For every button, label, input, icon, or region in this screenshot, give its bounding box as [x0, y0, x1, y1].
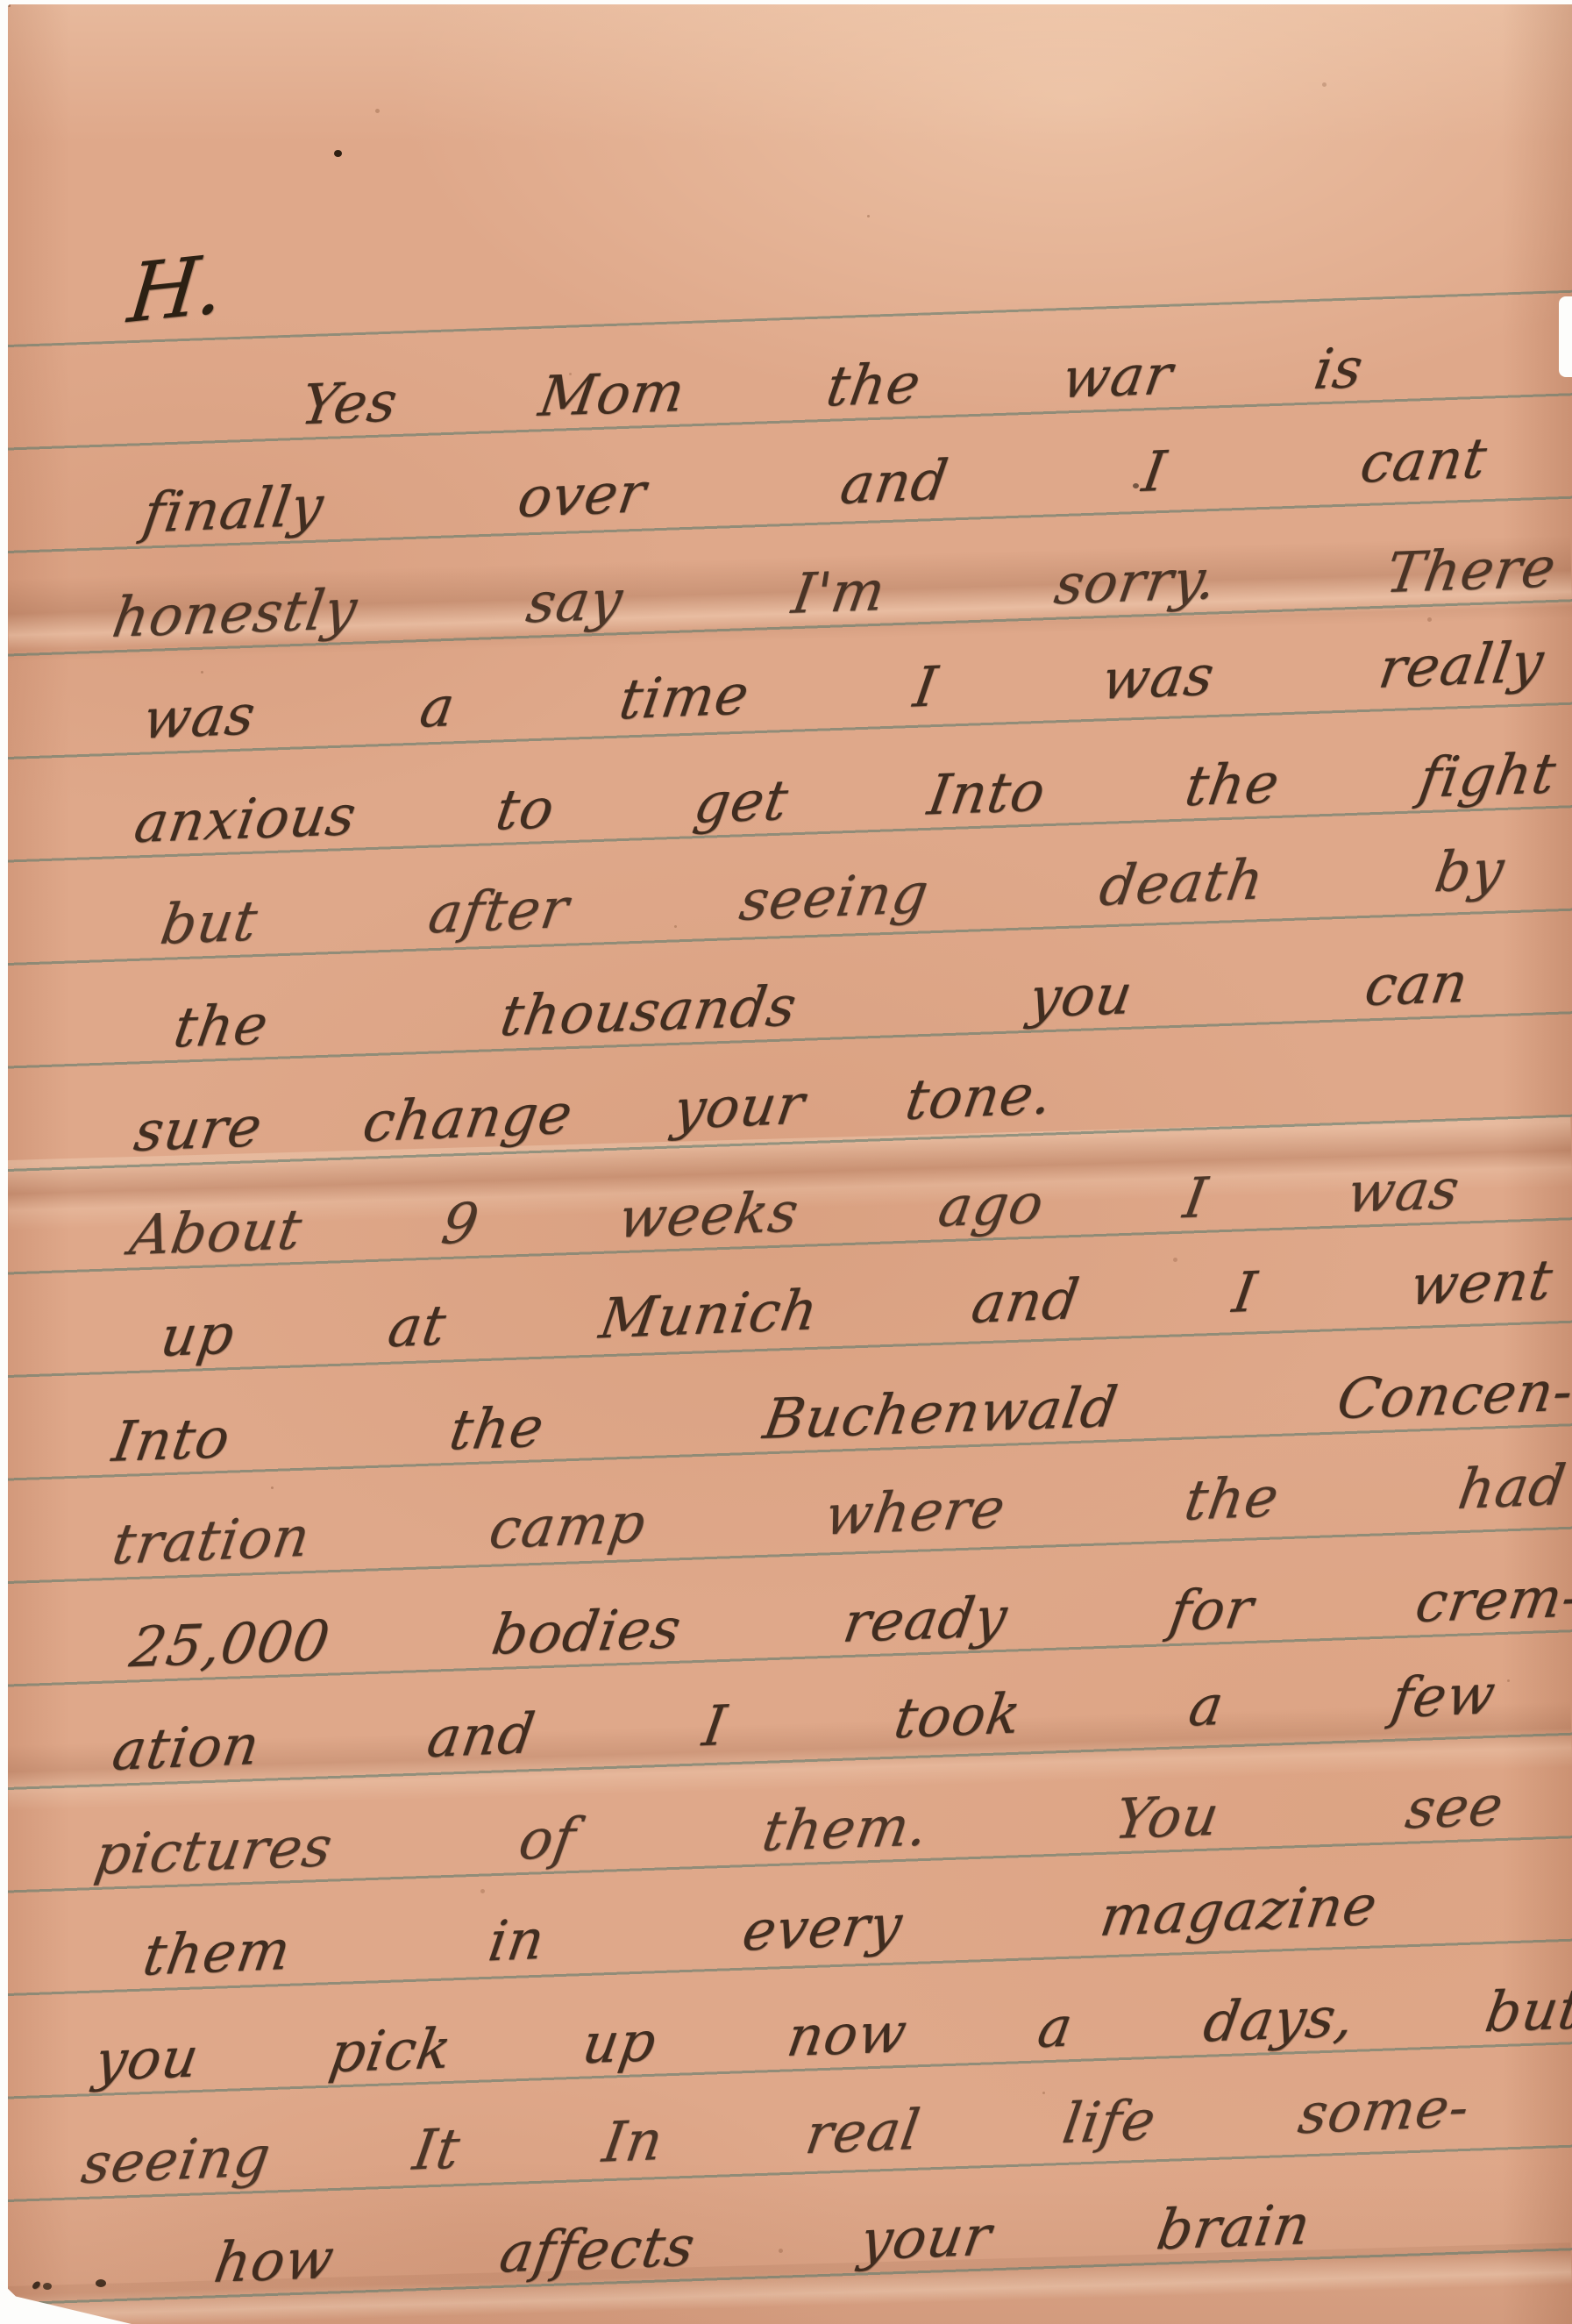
- ink-splatter-dot: [96, 2279, 106, 2287]
- scan-edge-sliver: [0, 1368, 5, 1526]
- letter-paper: H. Yes Mom the war isfinally over and I …: [8, 4, 1572, 2324]
- scan-edge-sliver: [0, 316, 7, 509]
- ink-splatter-dot: [334, 150, 342, 157]
- ink-splatter-dot: [43, 2283, 52, 2290]
- scan-background: H. Yes Mom the war isfinally over and I …: [0, 0, 1572, 2324]
- ink-splatter-dot: [1133, 483, 1139, 488]
- scan-edge-notch: [1559, 296, 1572, 377]
- paper-fiber-specks: [8, 4, 11, 7]
- page-number-marker: H.: [124, 237, 226, 341]
- ruled-writing-area: H. Yes Mom the war isfinally over and I …: [8, 4, 1572, 2324]
